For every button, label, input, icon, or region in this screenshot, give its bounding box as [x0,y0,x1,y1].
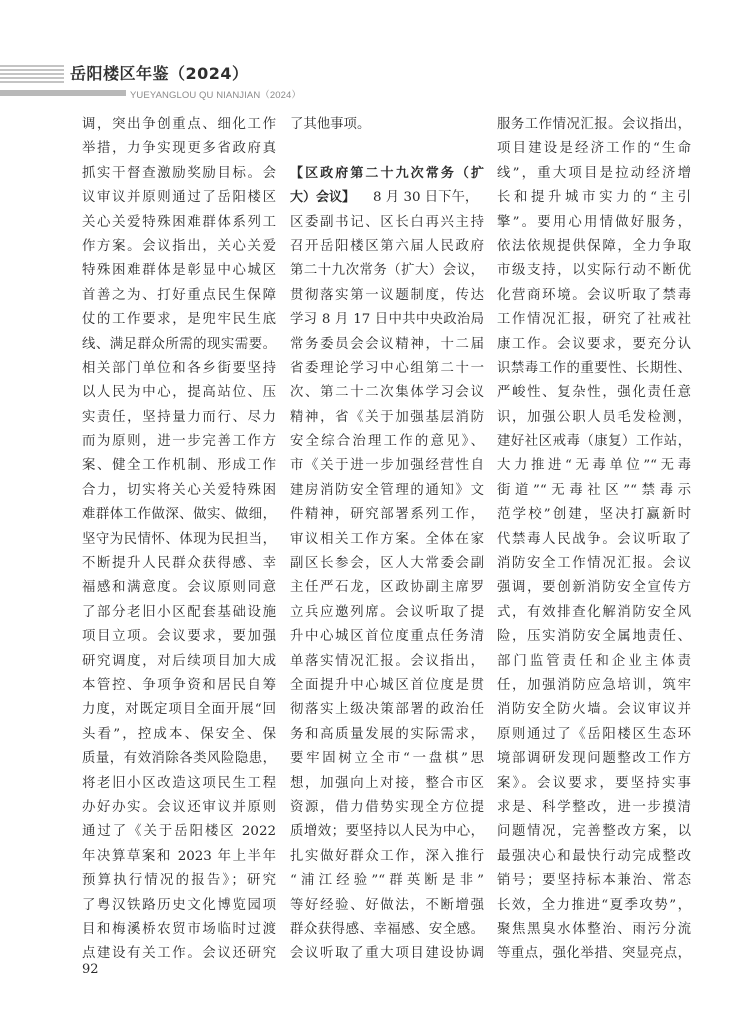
text-line: 项目立项。会议要求，要加强 [82,625,276,649]
text-line: 最强决心和最快行动完成整改 [497,845,691,869]
text-line: 办好办实。会议还审议并原则 [82,796,276,820]
text-line: 服务工作情况汇报。会议指出， [497,113,691,137]
text-line: 特殊困难群体是彰显中心城区 [82,259,276,283]
text-line: 依法依规提供保障，全力争取 [497,235,691,259]
text-line: 会议听取了重大项目建设协调 [290,942,484,966]
text-line: 要牢固树立全市“一盘棋”思 [290,747,484,771]
text-line: 单落实情况汇报。会议指出， [290,650,484,674]
header-bar-decoration [0,90,126,96]
text-line: 召开岳阳楼区第六届人民政府 [290,235,484,259]
text-line: 问题情况，完善整改方案，以 [497,820,691,844]
text-line: 升中心城区首位度重点任务清 [290,625,484,649]
text-line: 贯彻落实第一议题制度，传达 [290,284,484,308]
text-line: 街道”“无毒社区”“禁毒示 [497,479,691,503]
text-line: 等好经验、好做法，不断增强 [290,894,484,918]
text-line: 求是、科学整改，进一步摸清 [497,796,691,820]
text-line: 立兵应邀列席。会议听取了提 [290,601,484,625]
text-line: “浦江经验”“群英断是非” [290,869,484,893]
text-column-right: 服务工作情况汇报。会议指出，项目建设是经济工作的“生命线”，重大项目是拉动经济增… [497,113,691,967]
text-line: 作方案。会议指出，关心关爱 [82,235,276,259]
text-line: 不断提升人民群众获得感、幸 [82,552,276,576]
text-line: 资源，借力借势实现全方位提 [290,796,484,820]
text-line: 扎实做好群众工作，深入推行 [290,845,484,869]
text-line: 销号；要坚持标本兼治、常态 [497,869,691,893]
section-body: 区委副书记、区长白再兴主持召开岳阳楼区第六届人民政府第二十九次常务（扩大）会议，… [290,211,484,967]
text-line: 长效，全力推进“夏季攻势”， [497,894,691,918]
text-line: 了粤汉铁路历史文化博览园项 [82,894,276,918]
text-line: 建房消防安全管理的通知》文 [290,479,484,503]
page-number: 92 [82,962,99,977]
text-line: 大力推进“无毒单位”“无毒 [497,454,691,478]
text-line: 学习 8 月 17 日中共中央政治局 [290,308,484,332]
text-line: 合力，切实将关心关爱特殊困 [82,479,276,503]
text-line: 了部分老旧小区配套基础设施 [82,601,276,625]
text-line: 相关部门单位和各乡街要坚持 [82,357,276,381]
section-heading: 【区政府第二十九次常务（扩 [290,162,484,186]
text-line: 坚守为民情怀、体现为民担当， [82,528,276,552]
text-line: 年决算草案和 2023 年上半年 [82,845,276,869]
text-line: 化营商环境。会议听取了禁毒 [497,284,691,308]
text-line: 想，加强向上对接，整合市区 [290,772,484,796]
text-line: 本管控、争项争资和居民自筹 [82,674,276,698]
text-line: 常务委员会会议精神，十二届 [290,333,484,357]
text-line: 险，压实消防安全属地责任、 [497,625,691,649]
yearbook-subtitle: YUEYANGLOU QU NIANJIAN（2024） [130,87,301,101]
text-line: 首善之为、打好重点民生保障 [82,284,276,308]
text-line: 任，加强消防应急培训，筑牢 [497,674,691,698]
text-line: 长和提升城市实力的“主引 [497,186,691,210]
text-line: 件精神，研究部署系列工作， [290,503,484,527]
text-line: 主任严石龙，区政协副主席罗 [290,576,484,600]
text-line: 严峻性、复杂性，强化责任意 [497,381,691,405]
paragraph-ending-line: 了其他事项。 [290,113,484,137]
text-line: 彻落实上级决策部署的政治任 [290,698,484,722]
text-line: 目和梅溪桥农贸市场临时过渡 [82,918,276,942]
text-line: 举措，力争实现更多省政府真 [82,137,276,161]
text-line: 抓实干督查激励奖励目标。会 [82,162,276,186]
text-line: 安全综合治理工作的意见》、 [290,430,484,454]
text-line: 研究调度，对后续项目加大成 [82,650,276,674]
text-line: 康工作。会议要求，要充分认 [497,333,691,357]
text-line: 全面提升中心城区首位度是贯 [290,674,484,698]
text-line: 群众获得感、幸福感、安全感。 [290,918,484,942]
text-line: 聚焦黑臭水体整治、雨污分流 [497,918,691,942]
text-line: 通过了《关于岳阳楼区 2022 [82,820,276,844]
text-line: 副区长参会，区人大常委会副 [290,552,484,576]
text-line: 以人民为中心，提高站位、压 [82,381,276,405]
text-line: 精神，省《关于加强基层消防 [290,406,484,430]
yearbook-title: 岳阳楼区年鉴（2024） [70,61,249,84]
text-line: 议审议并原则通过了岳阳楼区 [82,186,276,210]
text-line: 工作情况汇报，研究了社戒社 [497,308,691,332]
text-line: 而为原则，进一步完善工作方 [82,430,276,454]
text-line: 等重点，强化举措、突显亮点， [497,942,691,966]
text-line: 市级支持，以实际行动不断优 [497,259,691,283]
section-heading-end: 大）会议】 [290,190,355,205]
text-column-middle: 了其他事项。 【区政府第二十九次常务（扩 大）会议】8 月 30 日下午， 区委… [290,113,484,967]
text-line: 线、满足群众所需的现实需要。 [82,333,276,357]
text-line: 消防安全工作情况汇报。会议 [497,552,691,576]
text-line: 识禁毒工作的重要性、长期性、 [497,357,691,381]
text-line: 关心关爱特殊困难群体系列工 [82,211,276,235]
text-line: 福感和满意度。会议原则同意 [82,576,276,600]
text-line: 次、第二十二次集体学习会议 [290,381,484,405]
paragraph-gap [290,137,484,161]
text-line: 质量，有效消除各类风险隐患， [82,747,276,771]
text-line: 点建设有关工作。会议还研究 [82,942,276,966]
text-line: 建好社区戒毒（康复）工作站， [497,430,691,454]
text-line: 代禁毒人民战争。会议听取了 [497,528,691,552]
text-line: 力度，对既定项目全面开展“回 [82,698,276,722]
text-line: 部门监管责任和企业主体责 [497,650,691,674]
text-line: 省委理论学习中心组第二十一 [290,357,484,381]
running-header: 岳阳楼区年鉴（2024） YUEYANGLOU QU NIANJIAN（2024… [0,58,750,108]
text-line: 难群体工作做深、做实、做细， [82,503,276,527]
text-line: 预算执行情况的报告》；研究 [82,869,276,893]
section-heading-continuation: 大）会议】8 月 30 日下午， [290,186,484,210]
text-line: 项目建设是经济工作的“生命 [497,137,691,161]
text-line: 擎”。要用心用情做好服务， [497,211,691,235]
text-line: 务和高质量发展的实际需求， [290,723,484,747]
section-first-line: 8 月 30 日下午， [373,190,478,205]
text-line: 仗的工作要求，是兜牢民生底 [82,308,276,332]
text-line: 调，突出争创重点、细化工作 [82,113,276,137]
text-line: 市《关于进一步加强经营性自 [290,454,484,478]
text-line: 审议相关工作方案。全体在家 [290,528,484,552]
text-line: 强调，要创新消防安全宣传方 [497,576,691,600]
text-line: 实责任，坚持量力而行、尽力 [82,406,276,430]
text-line: 范学校”创建，坚决打赢新时 [497,503,691,527]
text-line: 案、健全工作机制、形成工作 [82,454,276,478]
text-line: 消防安全防火墙。会议审议并 [497,698,691,722]
text-line: 将老旧小区改造这项民生工程 [82,772,276,796]
text-line: 线”，重大项目是拉动经济增 [497,162,691,186]
text-line: 区委副书记、区长白再兴主持 [290,211,484,235]
text-line: 案》。会议要求，要坚持实事 [497,772,691,796]
text-line: 境部调研发现问题整改工作方 [497,747,691,771]
text-line: 识，加强公职人员毛发检测， [497,406,691,430]
text-line: 原则通过了《岳阳楼区生态环 [497,723,691,747]
text-line: 质增效；要坚持以人民为中心， [290,820,484,844]
header-stripes-decoration [0,65,64,85]
text-line: 第二十九次常务（扩大）会议， [290,259,484,283]
text-line: 式，有效排查化解消防安全风 [497,601,691,625]
text-column-left: 调，突出争创重点、细化工作举措，力争实现更多省政府真抓实干督查激励奖励目标。会议… [82,113,276,967]
text-line: 头看”，控成本、保安全、保 [82,723,276,747]
